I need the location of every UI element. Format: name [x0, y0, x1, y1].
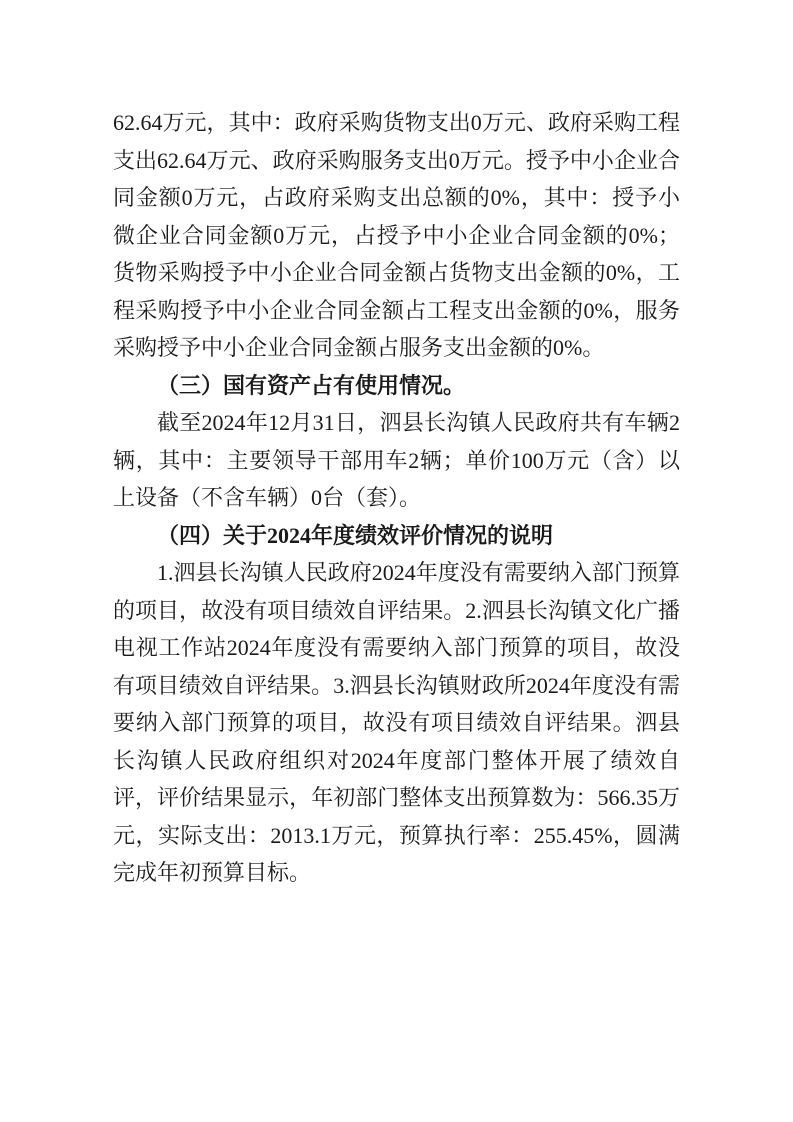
document-text-block: 62.64万元，其中：政府采购货物支出0万元、政府采购工程支出62.64万元、政… [113, 104, 680, 892]
section-heading-4-performance-evaluation: （四）关于2024年度绩效评价情况的说明 [113, 517, 680, 555]
paragraph-government-procurement-continued: 62.64万元，其中：政府采购货物支出0万元、政府采购工程支出62.64万元、政… [113, 104, 680, 367]
paragraph-asset-usage-details: 截至2024年12月31日，泗县长沟镇人民政府共有车辆2辆，其中：主要领导干部用… [113, 404, 680, 517]
document-page: 62.64万元，其中：政府采购货物支出0万元、政府采购工程支出62.64万元、政… [0, 0, 793, 1122]
section-heading-3-state-asset-usage: （三）国有资产占有使用情况。 [113, 367, 680, 405]
paragraph-performance-evaluation-details: 1.泗县长沟镇人民政府2024年度没有需要纳入部门预算的项目，故没有项目绩效自评… [113, 554, 680, 892]
